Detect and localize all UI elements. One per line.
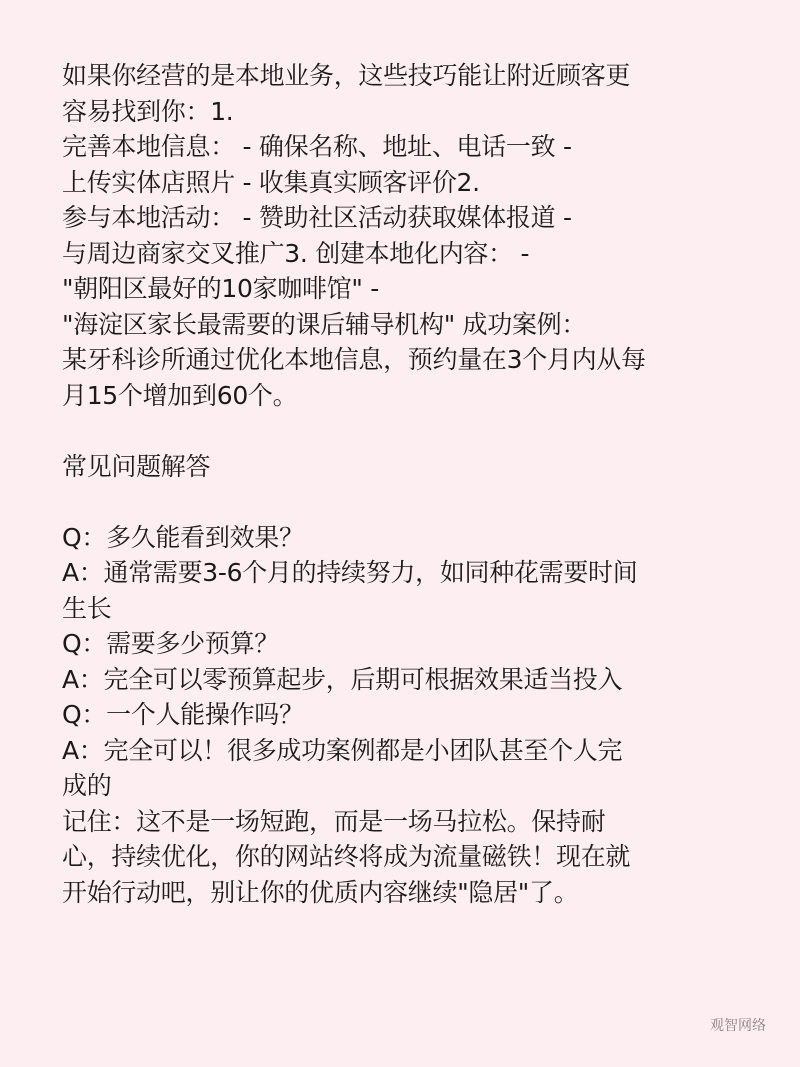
closing-paragraph: 记住：这不是一场短跑，而是一场马拉松。保持耐 心，持续优化，你的网站终将成为流量… [62,804,752,911]
watermark: 观智网络 [710,1015,766,1035]
text-line: 开始行动吧，别让你的优质内容继续"隐居"了。 [62,875,752,911]
faq-list: Q：多久能看到效果？ A：通常需要3-6个月的持续努力，如同种花需要时间 生长 … [62,520,752,804]
text-line: 上传实体店照片 - 收集真实顾客评价2. [62,165,752,201]
text-line: 心，持续优化，你的网站终将成为流量磁铁！现在就 [62,839,752,875]
faq-question: Q：一个人能操作吗？ [62,697,752,733]
faq-answer: A：完全可以零预算起步，后期可根据效果适当投入 [62,662,752,698]
text-line: 参与本地活动： - 赞助社区活动获取媒体报道 - [62,200,752,236]
text-line: 记住：这不是一场短跑，而是一场马拉松。保持耐 [62,804,752,840]
text-line: 月15个增加到60个。 [62,378,752,414]
faq-answer: A：通常需要3-6个月的持续努力，如同种花需要时间 [62,555,752,591]
faq-heading: 常见问题解答 [62,449,752,485]
text-line: 某牙科诊所通过优化本地信息，预约量在3个月内从每 [62,342,752,378]
text-line: 如果你经营的是本地业务，这些技巧能让附近顾客更 [62,58,752,94]
faq-answer-continued: 生长 [62,591,752,627]
faq-answer: A：完全可以！很多成功案例都是小团队甚至个人完 [62,733,752,769]
spacer [62,413,752,449]
article-body: 如果你经营的是本地业务，这些技巧能让附近顾客更 容易找到你：1. 完善本地信息：… [62,58,752,910]
faq-question: Q：需要多少预算？ [62,626,752,662]
spacer [62,484,752,520]
text-line: 完善本地信息： - 确保名称、地址、电话一致 - [62,129,752,165]
text-line: 容易找到你：1. [62,94,752,130]
local-business-paragraph: 如果你经营的是本地业务，这些技巧能让附近顾客更 容易找到你：1. 完善本地信息：… [62,58,752,413]
faq-answer-continued: 成的 [62,768,752,804]
faq-question: Q：多久能看到效果？ [62,520,752,556]
text-line: 与周边商家交叉推广3. 创建本地化内容： - [62,236,752,272]
text-line: "朝阳区最好的10家咖啡馆" - [62,271,752,307]
text-line: "海淀区家长最需要的课后辅导机构" 成功案例： [62,307,752,343]
